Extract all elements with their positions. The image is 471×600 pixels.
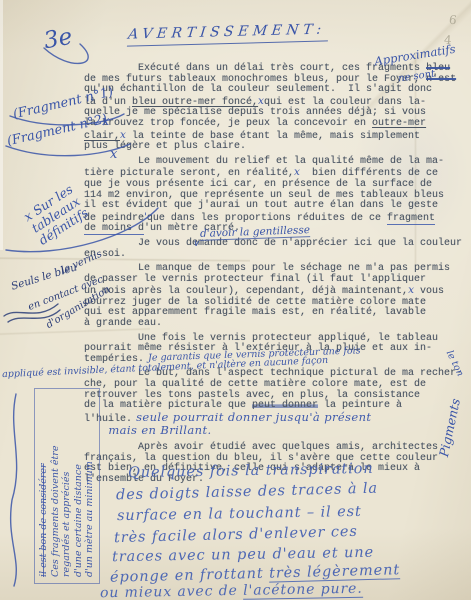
typed-line: en soi. — [84, 250, 466, 261]
hand-text-underlined: très légèrement — [269, 562, 400, 582]
typed-line: à grande eau. — [84, 319, 466, 330]
note-line: regardés et appréciés — [61, 395, 73, 577]
typed-text: à grande eau. — [84, 318, 162, 329]
typed-line: qu'un échantillon de la couleur seulemen… — [84, 85, 466, 96]
typed-text: plus légère et plus claire. — [84, 141, 246, 152]
typed-line: Le mouvement du relief et la qualité mêm… — [84, 157, 466, 168]
typed-text: vous — [414, 286, 444, 297]
note-line: d'un mètre au minimum — [84, 395, 96, 577]
typed-text: Le manque de temps pour le séchage ne m'… — [84, 263, 450, 274]
typed-text: quelle je me spécialise depuis trois ann… — [84, 107, 426, 118]
typed-paragraph: Le mouvement du relief et la qualité mêm… — [84, 157, 466, 235]
rotated-note-text: il est bon de considérer Ces fragments d… — [34, 388, 100, 584]
typed-text: un mois après la couleur), cependant, dé… — [84, 286, 408, 297]
x-mark: x — [110, 147, 117, 162]
typed-text: Le mouvement du relief et la qualité mêm… — [84, 156, 444, 167]
typed-paragraph: Je vous demande donc de n'apprécier ici … — [84, 239, 466, 260]
typed-text: que je vous présente ici car, en présenc… — [84, 179, 432, 190]
rotated-margin-note-box: il est bon de considérer Ces fragments d… — [34, 388, 100, 584]
typed-text: la teinte de base étant la même, mais si… — [126, 131, 420, 142]
typed-text: outre-mer — [372, 118, 426, 129]
typed-text: de moins d — [84, 223, 144, 235]
edge-scribble — [2, 390, 30, 590]
typed-text: Une fois le vernis protecteur appliqué, … — [84, 333, 438, 344]
typed-text: seule pourrait donner jusqu'à présent — [132, 410, 371, 424]
hand-text: ou mieux avec de — [100, 583, 243, 600]
note-line: d'une certaine distance — [73, 395, 85, 577]
pencil-mark-4: 4 — [444, 33, 453, 47]
hand-text-underlined: l'acétone pure. — [243, 581, 363, 600]
scan-edge — [0, 0, 3, 250]
typed-text: de passer le vernis protecteur final (il… — [84, 274, 426, 285]
hand-paragraph-line: surface en la touchant – il est — [117, 504, 362, 524]
typed-line: la trouvez trop foncée, je peux la conce… — [84, 119, 466, 130]
typed-text: che, pour la qualité de cette matière co… — [84, 379, 426, 390]
typed-body: Exécuté dans un délai très court, ces fr… — [84, 64, 466, 489]
typed-text: fragment — [387, 213, 435, 225]
typed-line: mais en Brillant. — [84, 425, 466, 439]
typed-line: il est évident que j'aurai un tout autre… — [84, 201, 466, 212]
pencil-mark-6: 6 — [448, 13, 458, 28]
typed-text: 114 m2 environ, que représente un seul d… — [84, 190, 444, 201]
hand-paragraph-line: traces avec un peu d'eau et une — [112, 545, 374, 566]
note-line: Ces fragments doivent être — [50, 395, 62, 577]
typed-paragraph: Le manque de temps pour le séchage ne m'… — [84, 264, 466, 330]
typed-text: Je vous demande donc de n'apprécier ici … — [84, 238, 462, 249]
typed-paragraph: Le but, dans l'aspect technique pictural… — [84, 369, 466, 439]
hand-paragraph-line: ou mieux avec de l'acétone pure. — [100, 581, 363, 600]
typed-text: Après avoir étudié avec quelques amis, a… — [84, 442, 438, 453]
typed-text: qui est apparemment fragile mais est, en… — [84, 307, 426, 318]
typed-text: mais en Brillant. — [84, 423, 212, 437]
typed-text: retrouver les tons pastels avec, en plus… — [84, 390, 420, 401]
typed-line: Je vous demande donc de n'apprécier ici … — [84, 239, 466, 250]
typed-text: de mes futurs tableaux monochromes bleus… — [84, 74, 426, 85]
struck-note-line: il est bon de considérer — [38, 395, 50, 577]
typed-text: il est évident que j'aurai un tout autre… — [84, 200, 438, 211]
hand-paragraph-line: très facile alors d'enlever ces — [114, 524, 358, 546]
typed-text: qu'un échantillon de la couleur seulemen… — [84, 84, 432, 95]
typed-text: la trouvez trop foncée, je peux la conce… — [84, 118, 372, 129]
document-heading: AVERTISSEMENT: — [127, 21, 331, 46]
page-number-handwritten: 3e — [42, 24, 74, 55]
typed-text: bien différents de ce — [300, 168, 438, 179]
typed-text: tière picturale seront, en réalité, — [84, 168, 294, 179]
typed-text: clair, — [84, 131, 120, 142]
typed-line: plus légère et plus claire. — [84, 142, 466, 153]
